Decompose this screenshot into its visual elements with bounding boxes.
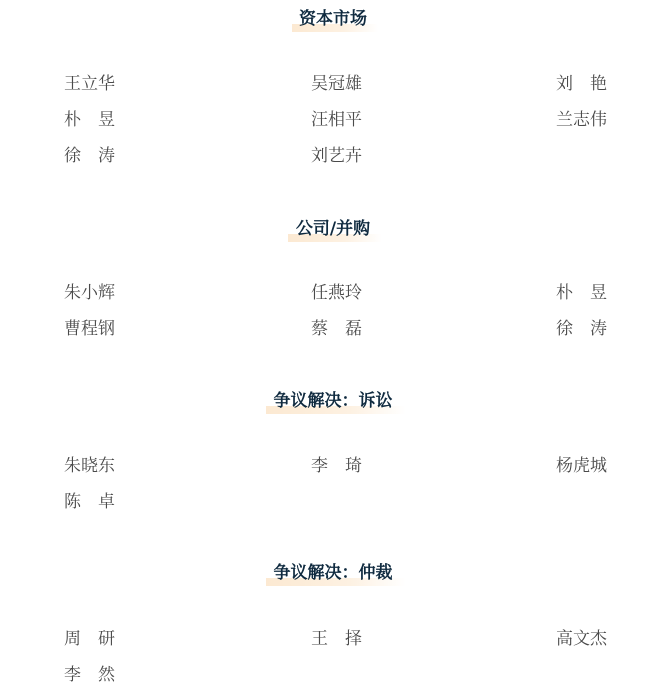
section-title-arbitration: 争议解决：仲裁: [274, 562, 393, 584]
lawyer-name: 朴 昱: [556, 282, 607, 304]
section-heading-wrap: 争议解决：诉讼: [0, 390, 666, 414]
lawyer-name: 王 择: [311, 628, 362, 650]
lawyer-name: 杨虎城: [556, 455, 607, 477]
lawyer-name: 李 然: [64, 664, 115, 686]
section-title-corporate-ma: 公司/并购: [296, 218, 370, 240]
lawyer-name: 刘 艳: [556, 73, 607, 95]
lawyer-name: 周 研: [64, 628, 115, 650]
lawyer-name: 任燕玲: [311, 282, 362, 304]
lawyer-name: 陈 卓: [64, 491, 115, 513]
lawyer-name: 曹程钢: [64, 318, 115, 340]
lawyer-name: 王立华: [64, 73, 115, 95]
lawyer-name: 刘艺卉: [311, 145, 362, 167]
lawyer-name: 汪相平: [311, 109, 362, 131]
lawyer-name: 朱晓东: [64, 455, 115, 477]
lawyer-name: 朱小辉: [64, 282, 115, 304]
lawyer-name: 徐 涛: [64, 145, 115, 167]
lawyer-name: 朴 昱: [64, 109, 115, 131]
lawyer-name: 吴冠雄: [311, 73, 362, 95]
lawyer-name: 兰志伟: [556, 109, 607, 131]
section-heading-wrap: 资本市场: [0, 8, 666, 32]
lawyer-name: 蔡 磊: [311, 318, 362, 340]
lawyer-name: 李 琦: [311, 455, 362, 477]
lawyer-name: 高文杰: [556, 628, 607, 650]
section-title-litigation: 争议解决：诉讼: [274, 390, 393, 412]
section-heading-wrap: 公司/并购: [0, 218, 666, 242]
section-title-capital-markets: 资本市场: [299, 8, 367, 30]
section-heading-wrap: 争议解决：仲裁: [0, 562, 666, 586]
lawyer-name: 徐 涛: [556, 318, 607, 340]
